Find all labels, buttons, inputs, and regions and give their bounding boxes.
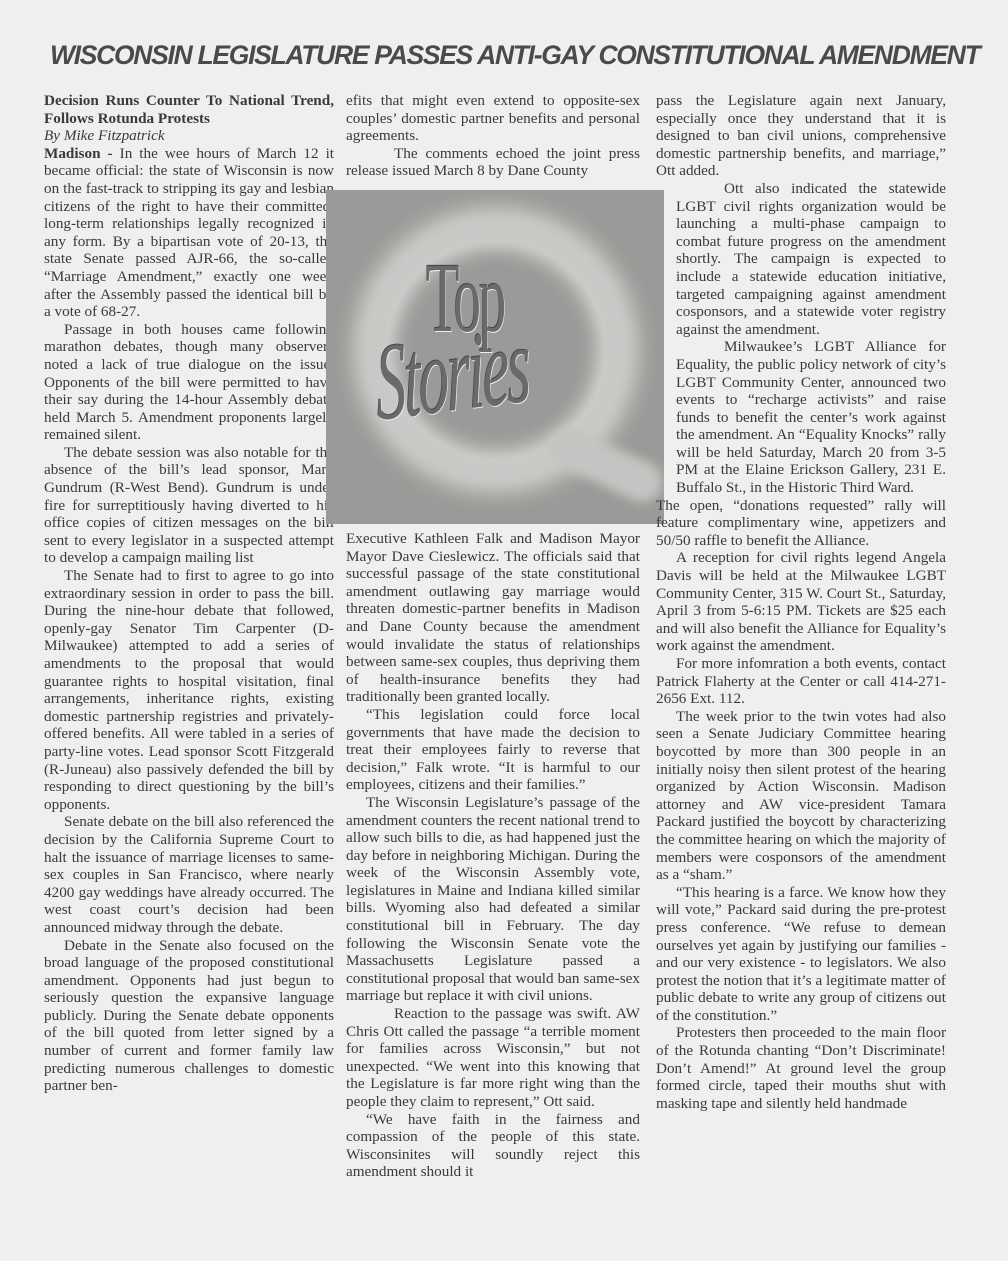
column-3: pass the Legislature again next January,… xyxy=(656,92,946,1112)
paragraph: Protesters then proceeded to the main fl… xyxy=(656,1024,946,1112)
column-1: Decision Runs Counter To National Trend,… xyxy=(44,92,334,1095)
paragraph: pass the Legislature again next January,… xyxy=(656,92,946,180)
paragraph: Ott also indicated the statewide LGBT ci… xyxy=(676,180,946,338)
paragraph: A reception for civil rights legend Ange… xyxy=(656,549,946,655)
paragraph: The comments echoed the joint press rele… xyxy=(346,145,640,180)
paragraph: Senate debate on the bill also reference… xyxy=(44,813,334,936)
paragraph: The week prior to the twin votes had als… xyxy=(656,708,946,884)
wrapped-text: Ott also indicated the statewide LGBT ci… xyxy=(656,180,946,497)
paragraph: For more infomration a both events, cont… xyxy=(656,655,946,708)
column-2-bottom: Executive Kathleen Falk and Madison Mayo… xyxy=(346,530,640,1181)
paragraph: Executive Kathleen Falk and Madison Mayo… xyxy=(346,530,640,706)
byline: By Mike Fitzpatrick xyxy=(44,127,334,145)
paragraph: The open, “donations requested” rally wi… xyxy=(656,497,946,550)
dateline: Madison - xyxy=(44,145,113,162)
paragraph: “This legislation could force local gove… xyxy=(346,706,640,794)
paragraph: Madison - In the wee hours of March 12 i… xyxy=(44,145,334,321)
paragraph: “We have faith in the fairness and compa… xyxy=(346,1111,640,1181)
top-stories-figure: Top Stories xyxy=(326,190,664,524)
paragraph: The debate session was also notable for … xyxy=(44,444,334,567)
column-2-top: efits that might even extend to opposite… xyxy=(346,92,640,180)
paragraph: efits that might even extend to opposite… xyxy=(346,92,640,145)
q-logo-tail xyxy=(543,422,664,509)
paragraph: The Wisconsin Legislature’s passage of t… xyxy=(346,794,640,1005)
paragraph: Passage in both houses came following ma… xyxy=(44,321,334,444)
figure-title-stories: Stories xyxy=(374,301,531,447)
paragraph: The Senate had to first to agree to go i… xyxy=(44,567,334,813)
paragraph: Milwaukee’s LGBT Alliance for Equality, … xyxy=(676,338,946,496)
paragraph: Reaction to the passage was swift. AW Ch… xyxy=(346,1005,640,1111)
headline: WISCONSIN LEGISLATURE PASSES ANTI-GAY CO… xyxy=(50,40,932,71)
deck: Decision Runs Counter To National Trend,… xyxy=(44,92,334,127)
paragraph: Debate in the Senate also focused on the… xyxy=(44,937,334,1095)
paragraph: “This hearing is a farce. We know how th… xyxy=(656,884,946,1025)
